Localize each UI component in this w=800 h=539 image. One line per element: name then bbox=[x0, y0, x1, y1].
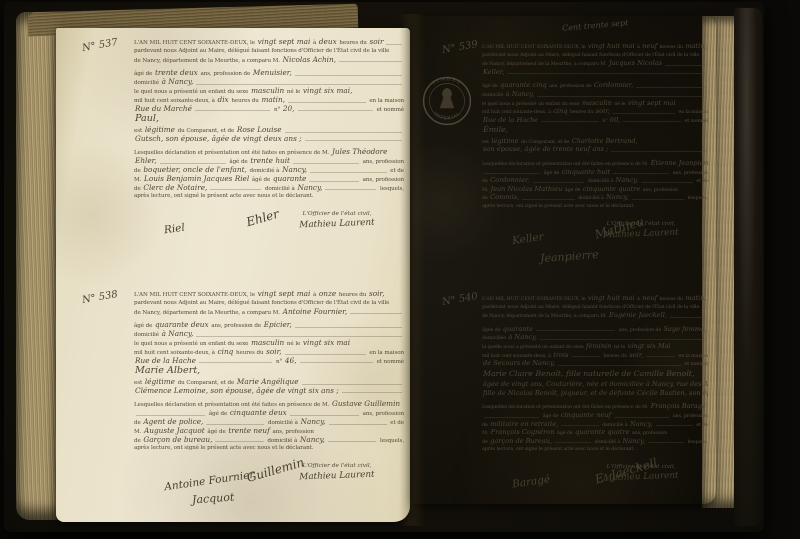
blank-rule bbox=[325, 185, 376, 190]
record-line: après lecture, ont signé le présent acte… bbox=[482, 445, 708, 454]
handwritten-entry: Nancy, bbox=[615, 176, 640, 185]
printed-form-text: et de bbox=[695, 177, 708, 185]
blank-rule bbox=[611, 147, 706, 152]
witness-signature: Jacquot bbox=[192, 491, 235, 507]
record-line: de Nancy, département de la Meurthe, a c… bbox=[482, 59, 708, 68]
blank-rule bbox=[290, 411, 359, 416]
left-page-records: N° 537L'AN MIL HUIT CENT SOIXANTE-DEUX, … bbox=[56, 28, 410, 522]
handwritten-entry: Jacques Nicolas bbox=[608, 59, 663, 68]
printed-form-text: est bbox=[482, 138, 490, 146]
handwritten-entry: trois bbox=[552, 351, 569, 360]
printed-form-text: à bbox=[311, 291, 318, 299]
handwritten-entry: cinq bbox=[552, 107, 568, 116]
record-line: Lesquelles déclaration et présentation o… bbox=[482, 402, 708, 411]
record-line: de garçon de Bureau, domicilié à Nancy, … bbox=[482, 437, 708, 446]
record-line: de Agent de police, domicilié à Nancy, e… bbox=[134, 418, 404, 427]
record-line: est légitime du Comparant, et de Charlot… bbox=[482, 137, 708, 146]
handwritten-entry: Ehler, bbox=[134, 157, 158, 166]
blank-rule bbox=[210, 185, 261, 190]
handwritten-entry: à Nancy, bbox=[161, 330, 195, 339]
printed-form-text: ans, profession bbox=[671, 412, 708, 420]
handwritten-entry: vingt huit mai bbox=[587, 294, 636, 303]
blank-rule bbox=[636, 83, 706, 88]
handwritten-entry: soir, bbox=[595, 107, 611, 116]
handwritten-entry: dix bbox=[217, 96, 230, 105]
printed-form-text: n° bbox=[274, 358, 284, 366]
handwritten-entry: vingt six mai bbox=[302, 339, 351, 348]
witness-signature: Baragé bbox=[511, 473, 551, 490]
printed-form-text: de bbox=[482, 421, 489, 429]
record-number: N° 540 bbox=[441, 291, 478, 308]
handwritten-entry: Commis, bbox=[489, 193, 520, 202]
blank-rule bbox=[199, 358, 272, 363]
blank-rule bbox=[613, 169, 669, 174]
handwritten-entry: quarante bbox=[502, 325, 534, 334]
handwritten-entry: à Nancy, bbox=[505, 90, 536, 99]
printed-form-text: ans, profession bbox=[271, 428, 314, 436]
record-line: mil huit cent soixante-deux, à dix heure… bbox=[134, 96, 404, 105]
blank-rule bbox=[350, 309, 402, 314]
printed-form-text: pardevant nous Adjoint au Maire, délégué… bbox=[134, 47, 389, 56]
handwritten-entry: Marie Angélique bbox=[236, 378, 300, 387]
printed-form-text: lesquels, bbox=[686, 194, 708, 202]
handwritten-entry: vingt six mai, bbox=[302, 87, 354, 96]
printed-form-text: ans, profession bbox=[671, 169, 708, 177]
printed-form-text: domicilié à bbox=[577, 194, 605, 202]
printed-form-text: âgé de bbox=[482, 82, 499, 90]
signatures: RielEhlerL'Officier de l'état civil,Math… bbox=[134, 207, 404, 265]
record-line: M. Jean Nicolas Mathieu âgé de cinquante… bbox=[482, 185, 708, 194]
record-line: après lecture, ont signé le présent acte… bbox=[134, 444, 404, 453]
handwritten-entry: Charlotte Bertrand, bbox=[571, 137, 639, 146]
handwritten-entry: Menuisier, bbox=[252, 69, 293, 78]
printed-form-text: Lesquelles déclaration et présentation o… bbox=[134, 149, 331, 157]
officer-block: L'Officier de l'état civil,Mathieu Laure… bbox=[272, 463, 402, 481]
handwritten-entry: de Secours de Nancy, bbox=[482, 359, 556, 368]
record-line: fille de Nicolas Benoît, piqueur, et de … bbox=[482, 389, 708, 398]
revenue-stamp-icon: TIMBREIMPÉRIAL bbox=[420, 74, 474, 128]
printed-form-text: lesquels, bbox=[378, 437, 404, 445]
record-line: Gutsch, son épouse, âgée de vingt deux a… bbox=[134, 135, 404, 144]
left-page: N° 537L'AN MIL HUIT CENT SOIXANTE-DEUX, … bbox=[56, 28, 410, 522]
printed-form-text: ans, profession bbox=[361, 158, 404, 166]
handwritten-entry: Garçon de bureau, bbox=[142, 436, 213, 445]
svg-text:TIMBRE: TIMBRE bbox=[431, 76, 462, 87]
handwritten-entry: Gustave Guillemin bbox=[331, 400, 401, 409]
printed-form-text: né le bbox=[285, 340, 302, 348]
handwritten-entry: Clémence Lemoine, son épouse, âgée de vi… bbox=[134, 387, 340, 396]
handwritten-entry: Nancy, bbox=[629, 420, 654, 429]
blank-rule bbox=[648, 438, 684, 443]
printed-form-text: ans, profession de bbox=[199, 70, 252, 78]
blank-rule bbox=[298, 106, 373, 111]
printed-form-text: Lesquelles déclaration et présentation o… bbox=[134, 401, 331, 409]
right-page-records: N° 539TIMBREIMPÉRIALL'AN MIL HUIT CENT S… bbox=[412, 16, 716, 504]
handwritten-entry: Émile, bbox=[482, 124, 509, 137]
blank-rule bbox=[305, 136, 402, 141]
handwritten-entry: Antoine Fournier, bbox=[282, 308, 349, 317]
printed-form-text: le quel nous a présenté un enfant du sex… bbox=[482, 100, 581, 108]
officer-title: L'Officier de l'état civil, bbox=[576, 221, 706, 227]
printed-form-text: mil huit cent soixante-deux, à bbox=[482, 108, 552, 116]
witness-signature: Jeanpierre bbox=[540, 248, 599, 265]
printed-form-text: âgé de bbox=[542, 169, 560, 177]
handwritten-entry: Épicier, bbox=[263, 321, 293, 330]
printed-form-text: L'AN MIL HUIT CENT SOIXANTE-DEUX, le bbox=[482, 43, 587, 51]
handwritten-entry: trente huit bbox=[249, 157, 291, 166]
witness-signature: Antoine Fournier bbox=[164, 469, 256, 494]
blank-rule bbox=[623, 117, 681, 122]
printed-form-text: de bbox=[134, 419, 142, 427]
blank-rule bbox=[386, 40, 402, 45]
handwritten-entry: quarante cinq bbox=[499, 81, 548, 90]
handwritten-entry: son épouse, âgée de trente neuf ans ; bbox=[482, 145, 609, 154]
handwritten-entry: Nancy, bbox=[605, 193, 630, 202]
blank-rule bbox=[484, 413, 539, 418]
record-line: le quel nous a présenté un enfant du sex… bbox=[134, 339, 404, 348]
printed-form-text: heures du bbox=[338, 39, 369, 47]
printed-form-text: est bbox=[134, 379, 144, 387]
printed-form-text: du Comparant, et de bbox=[520, 138, 571, 146]
handwritten-entry: onze bbox=[318, 290, 337, 299]
printed-form-text: après lecture, ont signé le présent acte… bbox=[482, 202, 635, 211]
printed-form-text: la quelle nous a présenté un enfant du s… bbox=[482, 343, 585, 351]
record-line: mil huit cent soixante-deux, à cinq heur… bbox=[134, 348, 404, 357]
blank-rule bbox=[572, 352, 601, 357]
record-line: âgé de cinquante neuf ans, profession bbox=[482, 411, 708, 420]
blank-rule bbox=[339, 57, 402, 62]
book-cover-right-board bbox=[734, 8, 762, 526]
handwritten-entry: Rose Louise bbox=[236, 126, 283, 135]
handwritten-entry: légitime bbox=[144, 126, 176, 135]
handwritten-entry: Keller, bbox=[482, 68, 505, 77]
printed-form-text: du Comparant, et de bbox=[176, 379, 236, 387]
blank-rule bbox=[540, 335, 706, 340]
record-line: la quelle nous a présenté un enfant du s… bbox=[482, 342, 708, 351]
birth-record: N° 537L'AN MIL HUIT CENT SOIXANTE-DEUX, … bbox=[56, 32, 410, 284]
printed-form-text: domicilié à bbox=[248, 167, 281, 175]
handwritten-entry: Eugénie Jaeckell, bbox=[608, 311, 668, 320]
record-line: M. François Cognéron âgé de quarante qua… bbox=[482, 428, 708, 437]
printed-form-text: ans, profession de bbox=[617, 326, 662, 334]
printed-form-text: et de bbox=[389, 419, 404, 427]
record-line: mil huit cent soixante-deux, à cinq heur… bbox=[482, 107, 708, 116]
record-line: domicilié à Nancy, bbox=[134, 78, 404, 87]
record-line: M. Auguste Jacquot âgé de trente neuf an… bbox=[134, 427, 404, 436]
blank-rule bbox=[328, 437, 376, 442]
handwritten-entry: garçon de Bureau, bbox=[489, 437, 553, 446]
handwritten-entry: Auguste Jacquot bbox=[143, 427, 206, 436]
printed-form-text: Lesquelles déclaration et présentation o… bbox=[482, 160, 650, 168]
printed-form-text: en la maison bbox=[677, 352, 708, 360]
handwritten-entry: matin, bbox=[684, 294, 707, 303]
printed-form-text: âgé de bbox=[228, 158, 250, 166]
blank-rule bbox=[293, 159, 359, 164]
blank-rule bbox=[537, 92, 706, 97]
handwritten-entry: vingt sept mai bbox=[257, 38, 312, 47]
handwritten-entry: trente neuf bbox=[227, 427, 270, 436]
handwritten-entry: Nancy, bbox=[281, 166, 308, 175]
blank-rule bbox=[295, 71, 402, 76]
handwritten-entry: légitime bbox=[144, 378, 176, 387]
printed-form-text: pardevant nous Adjoint au Maire, délégué… bbox=[134, 299, 389, 308]
printed-form-text: ans, profession bbox=[361, 410, 404, 418]
printed-form-text: L'AN MIL HUIT CENT SOIXANTE-DEUX, le bbox=[134, 291, 257, 299]
blank-rule bbox=[136, 411, 205, 416]
printed-form-text: le quel nous a présenté un enfant du sex… bbox=[134, 340, 250, 348]
record-line: âgé de cinquante huit ans, profession bbox=[482, 168, 708, 177]
signatures: Antoine FournierGuilleminJacquotL'Offici… bbox=[134, 459, 404, 517]
record-line: pardevant nous Adjoint au Maire, délégué… bbox=[134, 299, 404, 308]
blank-rule bbox=[614, 413, 669, 418]
printed-form-text: de Nancy, département de la Meurthe, a c… bbox=[134, 57, 282, 65]
record-line: de Cordonnier, domicilié à Nancy, et de bbox=[482, 176, 708, 185]
handwritten-entry: 46, bbox=[284, 357, 298, 366]
record-line: M. Louis Benjamin Jacques Riel âgé de qu… bbox=[134, 175, 404, 184]
printed-form-text: M. bbox=[482, 186, 490, 194]
blank-rule bbox=[342, 388, 402, 393]
handwritten-entry: cinquante huit bbox=[561, 168, 612, 177]
blank-rule bbox=[206, 420, 264, 425]
printed-form-text: pardevant nous Adjoint au Maire, délégué… bbox=[482, 303, 699, 312]
handwritten-entry: deux bbox=[318, 38, 338, 47]
blank-rule bbox=[309, 177, 359, 182]
handwritten-entry: soir bbox=[369, 38, 385, 47]
printed-form-text: domicilié bbox=[134, 331, 161, 339]
handwritten-entry: neuf bbox=[641, 42, 658, 51]
record-line: Émile, bbox=[482, 124, 708, 137]
record-line: pardevant nous Adjoint au Maire, délégué… bbox=[134, 47, 404, 56]
blank-rule bbox=[670, 313, 706, 318]
handwritten-entry: cinquante quatre bbox=[582, 185, 641, 194]
handwritten-entry: âgée de vingt ans, Couturière, née et do… bbox=[482, 380, 708, 389]
blank-rule bbox=[300, 358, 373, 363]
printed-form-text: né le bbox=[612, 343, 626, 351]
printed-form-text: de Nancy, département de la Meurthe, a c… bbox=[482, 312, 608, 320]
blank-rule bbox=[295, 323, 402, 328]
record-line: après lecture, ont signé le présent acte… bbox=[482, 202, 708, 211]
record-number: N° 539 bbox=[441, 39, 478, 56]
blank-rule bbox=[195, 106, 270, 111]
printed-form-text: heures du bbox=[230, 97, 261, 105]
signatures: KellerMathieuJeanpierreL'Officier de l'é… bbox=[482, 217, 708, 275]
handwritten-entry: Marie Albert, bbox=[134, 365, 201, 378]
printed-form-text: pardevant nous Adjoint au Maire, délégué… bbox=[482, 51, 699, 60]
printed-form-text: à bbox=[311, 39, 318, 47]
blank-rule bbox=[656, 421, 693, 426]
printed-form-text: domicilié à bbox=[601, 421, 629, 429]
page-stack-left-edge bbox=[16, 12, 60, 520]
officer-title: L'Officier de l'état civil, bbox=[272, 211, 402, 217]
officer-signature: Mathieu Laurent bbox=[272, 469, 402, 484]
record-line: domicilié à Nancy, bbox=[134, 330, 404, 339]
printed-form-text: âgé de bbox=[541, 412, 559, 420]
printed-form-text: domicilié bbox=[134, 79, 161, 87]
blank-rule bbox=[285, 350, 366, 355]
printed-form-text: après lecture, ont signé le présent acte… bbox=[134, 444, 313, 453]
handwritten-entry: Étienne Jeanpierre bbox=[650, 159, 708, 168]
printed-form-text: domicilié à bbox=[263, 185, 296, 193]
blank-rule bbox=[646, 352, 675, 357]
handwritten-entry: à Nancy, bbox=[161, 78, 195, 87]
handwritten-entry: Agent de police, bbox=[142, 418, 204, 427]
record-number: N° 537 bbox=[81, 37, 118, 54]
record-line: mil huit cent soixante-deux, à trois heu… bbox=[482, 351, 708, 360]
birth-record: N° 540L'AN MIL HUIT CENT SOIXANTE-DEUX, … bbox=[412, 288, 716, 504]
printed-form-text: et de bbox=[389, 167, 404, 175]
handwritten-entry: matin, bbox=[260, 96, 286, 105]
blank-rule bbox=[329, 420, 387, 425]
blank-rule bbox=[215, 437, 263, 442]
record-line: Ehler, âgé de trente huit ans, professio… bbox=[134, 157, 404, 166]
blank-rule bbox=[541, 117, 599, 122]
printed-form-text: domicilié à bbox=[586, 177, 614, 185]
printed-form-text: en la maison bbox=[368, 97, 404, 105]
officer-block: L'Officier de l'état civil,Mathieu Laure… bbox=[576, 464, 706, 482]
printed-form-text: et nommé bbox=[683, 360, 708, 368]
record-line: Keller, bbox=[482, 68, 708, 77]
record-line: L'AN MIL HUIT CENT SOIXANTE-DEUX, le vin… bbox=[134, 290, 404, 299]
handwritten-entry: vingt huit mai bbox=[587, 42, 636, 51]
blank-rule bbox=[522, 195, 575, 200]
printed-form-text: M. bbox=[134, 176, 143, 184]
printed-form-text: après lecture, ont signé le présent acte… bbox=[134, 192, 313, 201]
printed-form-text: M. bbox=[482, 429, 490, 437]
signatures: BaragéE. JaeckellL'Officier de l'état ci… bbox=[482, 460, 708, 504]
printed-form-text: heures du bbox=[337, 291, 368, 299]
printed-form-text: et nommé bbox=[683, 117, 708, 125]
record-line: le quel nous a présenté un enfant du sex… bbox=[134, 87, 404, 96]
printed-form-text: et nommé bbox=[375, 106, 404, 114]
handwritten-entry: Clerc de Notaire, bbox=[142, 184, 208, 193]
printed-form-text: âgé de bbox=[250, 176, 272, 184]
printed-form-text: du Comparant, et de bbox=[176, 127, 236, 135]
blank-rule bbox=[613, 109, 675, 114]
printed-form-text: mil huit cent soixante-deux, à bbox=[134, 97, 217, 105]
printed-form-text: et nommé bbox=[375, 358, 404, 366]
record-line: L'AN MIL HUIT CENT SOIXANTE-DEUX, le vin… bbox=[482, 294, 708, 303]
record-line: Rue de la Hache n° 46, et nommé bbox=[134, 357, 404, 366]
printed-form-text: âgé de bbox=[206, 428, 228, 436]
printed-form-text: de bbox=[134, 167, 142, 175]
printed-form-text: L'AN MIL HUIT CENT SOIXANTE-DEUX, le bbox=[134, 39, 257, 47]
handwritten-entry: masculin bbox=[250, 87, 285, 96]
handwritten-entry: Nancy, bbox=[621, 437, 646, 446]
printed-form-text: heures du bbox=[602, 352, 628, 360]
handwritten-entry: à Nancy, bbox=[507, 333, 538, 342]
printed-form-text: âgé de bbox=[556, 429, 574, 437]
record-line: Clémence Lemoine, son épouse, âgée de vi… bbox=[134, 387, 404, 396]
printed-form-text: âgé de bbox=[563, 186, 581, 194]
record-line: Rue de la Hache n° 60, et nommé bbox=[482, 116, 708, 125]
printed-form-text: ans, profession bbox=[361, 176, 404, 184]
witness-signature: Riel bbox=[163, 222, 185, 237]
handwritten-entry: Cordonnier, bbox=[489, 176, 530, 185]
birth-record: N° 538L'AN MIL HUIT CENT SOIXANTE-DEUX, … bbox=[56, 284, 410, 522]
birth-record: N° 539TIMBREIMPÉRIALL'AN MIL HUIT CENT S… bbox=[412, 36, 716, 286]
printed-form-text: âgé de bbox=[134, 70, 154, 78]
blank-rule bbox=[533, 178, 585, 183]
blank-rule bbox=[555, 438, 591, 443]
handwritten-entry: féminin bbox=[585, 342, 612, 351]
record-line: après lecture, ont signé le présent acte… bbox=[134, 192, 404, 201]
record-line: de Nancy, département de la Meurthe, a c… bbox=[482, 311, 708, 320]
printed-form-text: de bbox=[134, 437, 142, 445]
handwritten-entry: Nicolas Achin, bbox=[282, 56, 337, 65]
handwritten-entry: vingt six Mai bbox=[626, 342, 671, 351]
handwritten-entry: 20, bbox=[282, 105, 296, 114]
record-line: Lesquelles déclaration et présentation o… bbox=[134, 400, 404, 409]
blank-rule bbox=[558, 361, 681, 366]
officer-title: L'Officier de l'état civil, bbox=[576, 464, 706, 470]
blank-rule bbox=[536, 326, 615, 331]
blank-rule bbox=[302, 380, 402, 385]
handwritten-entry: cinquante deux bbox=[229, 409, 288, 418]
handwritten-entry: Rue du Marché bbox=[134, 105, 193, 114]
record-line: Marie Albert, bbox=[134, 365, 404, 378]
record-line: pardevant nous Adjoint au Maire, délégué… bbox=[482, 51, 708, 60]
record-line: de Secours de Nancy, et nommé bbox=[482, 359, 708, 368]
handwritten-entry: Gutsch, son épouse, âgée de vingt deux a… bbox=[134, 135, 303, 144]
record-line: de militaire en retraite, domicilié à Na… bbox=[482, 420, 708, 429]
printed-form-text: lesquels, bbox=[686, 438, 708, 446]
printed-form-text: heures du bbox=[658, 295, 684, 303]
blank-rule bbox=[507, 69, 706, 74]
handwritten-entry: 60, bbox=[609, 116, 622, 125]
officer-signature: Mathieu Laurent bbox=[576, 470, 706, 485]
record-body: L'AN MIL HUIT CENT SOIXANTE-DEUX, le vin… bbox=[482, 294, 708, 504]
handwritten-entry: Sage femme, bbox=[662, 325, 708, 334]
officer-title: L'Officier de l'état civil, bbox=[272, 463, 402, 469]
handwritten-entry: fille de Nicolas Benoît, piqueur, et de … bbox=[482, 389, 708, 398]
printed-form-text: âgé de bbox=[134, 322, 154, 330]
blank-rule bbox=[561, 421, 598, 426]
record-line: âgé de quarante cinq ans, profession de … bbox=[482, 81, 708, 90]
record-line: domicilié à Nancy, bbox=[482, 90, 708, 99]
record-line: est légitime du Comparant, et de Marie A… bbox=[134, 378, 404, 387]
printed-form-text: né le bbox=[613, 100, 627, 108]
handwritten-entry: quarante deux bbox=[154, 321, 210, 330]
record-line: de boquetier, oncle de l'enfant, domicil… bbox=[134, 166, 404, 175]
record-line: âgé de trente deux ans, profession de Me… bbox=[134, 69, 404, 78]
handwritten-entry: soir, bbox=[368, 290, 385, 299]
blank-rule bbox=[641, 178, 693, 183]
blank-rule bbox=[196, 80, 402, 85]
handwritten-entry: neuf bbox=[641, 294, 658, 303]
handwritten-entry: Jean Nicolas Mathieu bbox=[490, 185, 564, 194]
record-line: Paul, bbox=[134, 113, 404, 126]
record-line: âgée de vingt ans, Couturière, née et do… bbox=[482, 380, 708, 389]
handwritten-entry: vingt sept mai bbox=[257, 290, 312, 299]
handwritten-entry: Paul, bbox=[134, 113, 160, 126]
blank-rule bbox=[196, 332, 402, 337]
printed-form-text: ans, profession bbox=[631, 429, 668, 437]
blank-rule bbox=[288, 98, 366, 103]
printed-form-text: de bbox=[482, 194, 489, 202]
handwritten-entry: François Baragé bbox=[650, 402, 707, 411]
printed-form-text: de Nancy, département de la Meurthe, a c… bbox=[134, 309, 282, 317]
handwritten-entry: Nancy, bbox=[300, 418, 327, 427]
record-body: L'AN MIL HUIT CENT SOIXANTE-DEUX, le vin… bbox=[482, 42, 708, 286]
printed-form-text: mil huit cent soixante-deux, à bbox=[134, 349, 217, 357]
record-line: Lesquelles déclaration et présentation o… bbox=[134, 148, 404, 157]
printed-form-text: domicilié à bbox=[266, 437, 299, 445]
printed-form-text: lesquels, bbox=[378, 185, 404, 193]
blank-rule bbox=[310, 168, 387, 173]
printed-form-text: M. bbox=[134, 428, 143, 436]
handwritten-entry: Louis Benjamin Jacques Riel bbox=[143, 175, 250, 184]
record-line: domiciliée à Nancy, bbox=[482, 333, 708, 342]
